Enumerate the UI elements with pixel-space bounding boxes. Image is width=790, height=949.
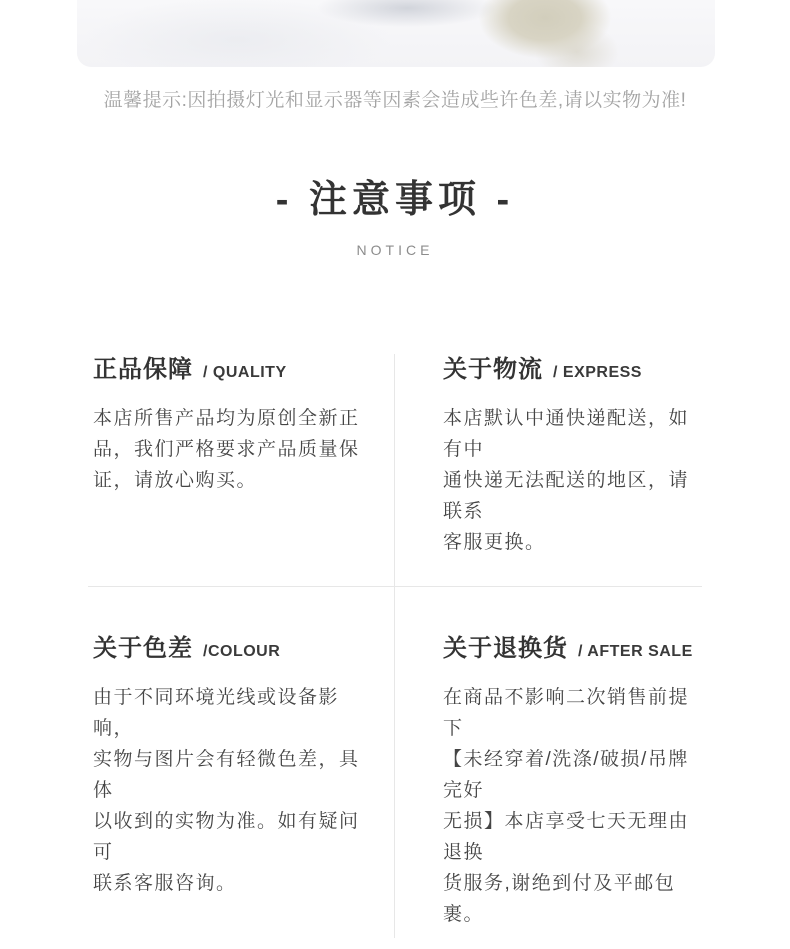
section-body: 在商品不影响二次销售前提下 【未经穿着/洗涤/破损/吊牌完好 无损】本店享受七天… [443,682,700,930]
section-body: 本店默认中通快递配送，如有中 通快递无法配送的地区，请联系 客服更换。 [443,403,700,558]
section-title-en: / QUALITY [203,357,287,389]
section-body: 由于不同环境光线或设备影响， 实物与图片会有轻微色差，具体 以收到的实物为准。如… [93,682,370,899]
section-express: 关于物流 / EXPRESS 本店默认中通快递配送，如有中 通快递无法配送的地区… [395,354,702,587]
section-after-sale-heading: 关于退换货 / AFTER SALE [443,633,700,668]
product-photo [77,0,715,67]
section-title-en: / EXPRESS [553,357,642,389]
section-colour-heading: 关于色差 /COLOUR [93,633,370,668]
section-title-en: / AFTER SALE [578,636,693,668]
page-title: - 注意事项 - [0,178,790,222]
section-after-sale: 关于退换货 / AFTER SALE 在商品不影响二次销售前提下 【未经穿着/洗… [395,587,702,938]
section-title-zh: 正品保障 [93,354,193,386]
section-title-en: /COLOUR [203,636,280,668]
section-express-heading: 关于物流 / EXPRESS [443,354,700,389]
page-subtitle: NOTICE [0,242,790,258]
section-colour: 关于色差 /COLOUR 由于不同环境光线或设备影响， 实物与图片会有轻微色差，… [88,587,395,938]
section-quality-heading: 正品保障 / QUALITY [93,354,370,389]
section-body: 本店所售产品均为原创全新正 品，我们严格要求产品质量保 证，请放心购买。 [93,403,370,496]
color-difference-tip: 温馨提示:因拍摄灯光和显示器等因素会造成些许色差,请以实物为准! [0,88,790,114]
section-quality: 正品保障 / QUALITY 本店所售产品均为原创全新正 品，我们严格要求产品质… [88,354,395,587]
notice-grid: 正品保障 / QUALITY 本店所售产品均为原创全新正 品，我们严格要求产品质… [88,354,702,938]
section-title-zh: 关于色差 [93,633,193,665]
section-title-zh: 关于退换货 [443,633,568,665]
section-title-zh: 关于物流 [443,354,543,386]
